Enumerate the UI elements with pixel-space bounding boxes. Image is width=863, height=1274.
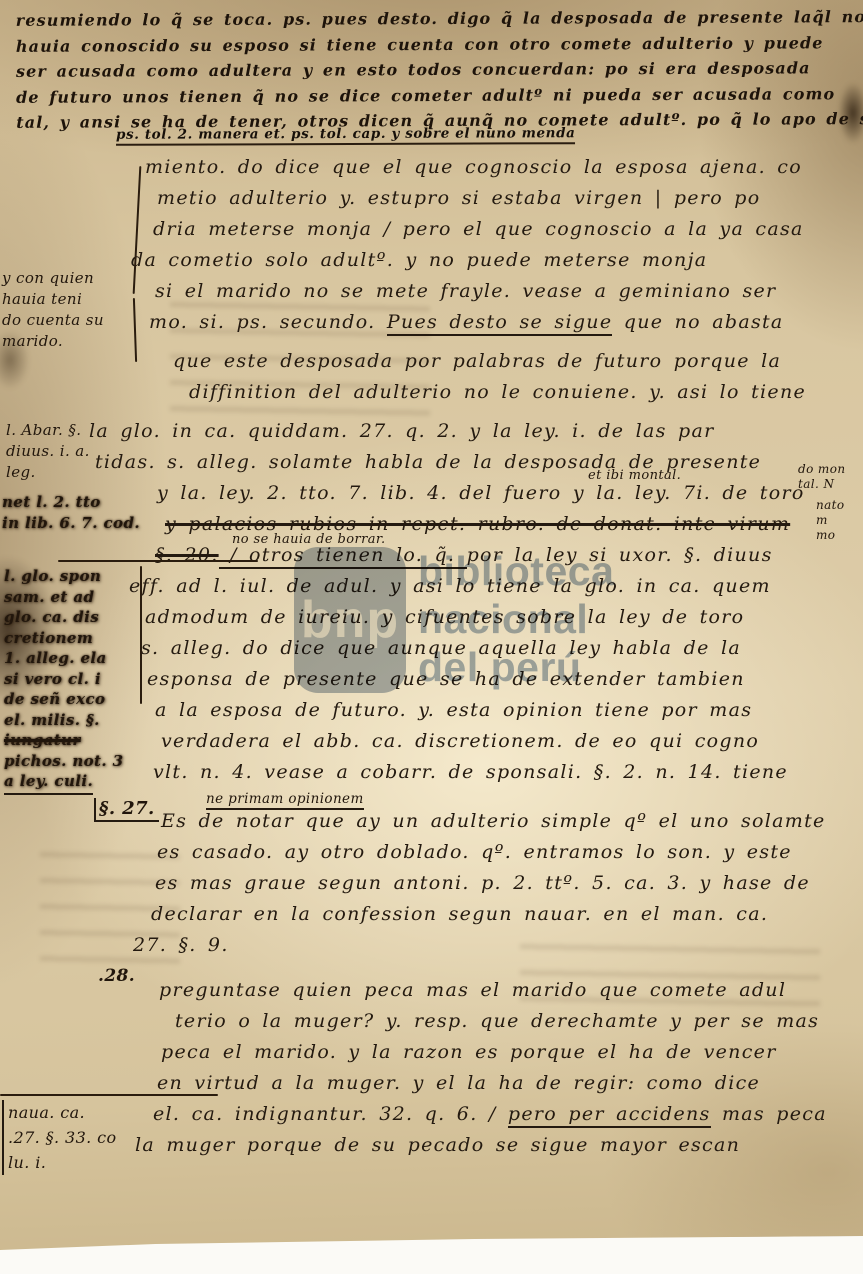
line-text: mo. si. ps. secundo. (149, 311, 387, 333)
margin-line: l. glo. spon (4, 566, 123, 587)
struck-phrase: §. 20. (155, 544, 219, 566)
line-text: admodum de iureiu. y cifuentes sobre la … (145, 606, 744, 628)
section-label-27: §. 27. (94, 798, 159, 822)
manuscript-line: s. alleg. do dice que aunque aquella ley… (141, 633, 850, 664)
manuscript-line: 27. §. 9. (133, 930, 850, 961)
manuscript-line: si el marido no se mete frayle. vease a … (155, 276, 850, 307)
top-paragraph: resumiendo lo q̃ se toca. ps. pues desto… (16, 4, 859, 135)
manuscript-line: preguntase quien peca mas el marido que … (159, 975, 850, 1006)
margin-line: de señ exco (4, 689, 123, 710)
margin-line: a ley. culi. (4, 771, 93, 795)
line-text: preguntase quien peca mas el marido que … (159, 979, 786, 1001)
line-text: el. ca. indignantur. 32. q. 6. / (153, 1103, 508, 1125)
margin-line: do cuenta su (2, 310, 104, 331)
margin-line: iungatur (4, 730, 123, 751)
manuscript-line: mo. si. ps. secundo. Pues desto se sigue… (149, 307, 850, 338)
manuscript-line: resumiendo lo q̃ se toca. ps. pues desto… (16, 4, 858, 33)
line-text: hauia conoscido su esposo si tiene cuent… (16, 33, 824, 56)
margin-note-who: y con quien hauia teni do cuenta su mari… (2, 268, 104, 352)
margin-line: 1. alleg. ela (4, 648, 123, 669)
rule-line (0, 1094, 218, 1096)
margin-line: leg. (6, 462, 90, 483)
line-text: que no abasta (612, 311, 783, 333)
line-text: diffinition del adulterio no le conuiene… (189, 381, 806, 403)
underlined-phrase: Pues desto se sigue (387, 311, 613, 336)
line-text: metio adulterio y. estupro si estaba vir… (157, 187, 761, 209)
line-text: verdadera el abb. ca. discretionem. de e… (161, 730, 759, 752)
line-text: que este desposada por palabras de futur… (173, 350, 781, 372)
line-text: la glo. in ca. quiddam. 27. q. 2. y la l… (89, 420, 714, 442)
rule-line (58, 560, 258, 562)
line-text: por la ley si uxor. §. diuus (467, 544, 773, 566)
line-text: 27. §. 9. (133, 934, 229, 956)
manuscript-line: tidas. s. alleg. solamte habla de la des… (95, 447, 850, 478)
margin-line: y con quien (2, 268, 104, 289)
line-text: la muger porque de su pecado se sigue ma… (135, 1134, 740, 1156)
manuscript-line: hauia conoscido su esposo si tiene cuent… (16, 30, 858, 59)
margin-note-nato: nato m mo (816, 498, 845, 543)
manuscript-line: es mas graue segun antoni. p. 2. ttº. 5.… (155, 868, 850, 899)
manuscript-line: admodum de iureiu. y cifuentes sobre la … (145, 602, 850, 633)
line-text: vlt. n. 4. vease a cobarr. de sponsali. … (153, 761, 788, 783)
margin-line: lu. i. (8, 1150, 117, 1175)
main-text-block: miento. do dice que el que cognoscio la … (145, 152, 850, 1161)
margin-line: marido. (2, 331, 104, 352)
margin-line: mo (816, 528, 845, 543)
underlined-phrase: pero per accidens (508, 1103, 711, 1128)
line-text: da cometio solo adultº. y no puede meter… (131, 249, 707, 271)
manuscript-line: el. ca. indignantur. 32. q. 6. / pero pe… (153, 1099, 850, 1130)
line-text: resumiendo lo q̃ se toca. ps. pues desto… (16, 7, 863, 30)
line-text: esponsa de presente que se ha de extende… (147, 668, 745, 690)
line-text: de futuro unos tienen q̃ no se dice come… (16, 84, 835, 107)
line-text: y la. ley. 2. tto. 7. lib. 4. del fuero … (157, 482, 805, 504)
manuscript-line: ser acusada como adultera y en esto todo… (16, 55, 858, 84)
margin-line: nato (816, 498, 845, 513)
margin-divider-stroke (140, 566, 142, 704)
interlinear-note-etibi: et ibi montal. (588, 468, 681, 483)
margin-line: net l. 2. tto (2, 492, 140, 513)
section-label-28: .28. (98, 966, 135, 987)
manuscript-line: es casado. ay otro doblado. qº. entramos… (157, 837, 850, 868)
line-text: mas peca (711, 1103, 827, 1125)
manuscript-line: miento. do dice que el que cognoscio la … (145, 152, 850, 183)
brace-stroke (133, 298, 137, 362)
margin-line: l. Abar. §. (6, 420, 90, 441)
interlinear-note-noborrar: no se hauia de borrar. (232, 532, 386, 547)
margin-line: hauia teni (2, 289, 104, 310)
underlined-phrase: / otros tienen lo. q̃. (219, 544, 467, 569)
manuscript-line: Es de notar que ay un adulterio simple q… (161, 806, 850, 837)
manuscript-line: en virtud a la muger. y el la ha de regi… (157, 1068, 850, 1099)
inserted-line: ps. tol. 2. manera et. ps. tol. cap. y s… (116, 125, 576, 146)
manuscript-line: terio o la muger? y. resp. que derechamt… (175, 1006, 850, 1037)
margin-line: si vero cl. i (4, 669, 123, 690)
line-text: es mas graue segun antoni. p. 2. ttº. 5.… (155, 872, 810, 894)
line-text: declarar en la confession segun nauar. e… (151, 903, 768, 925)
margin-line: sam. et ad (4, 587, 123, 608)
margin-line: el. milis. §. (4, 710, 123, 731)
line-text: miento. do dice que el que cognoscio la … (145, 156, 802, 178)
margin-line: tal. N (798, 477, 845, 492)
margin-line: .27. §. 33. co (8, 1125, 117, 1150)
line-text: en virtud a la muger. y el la ha de regi… (157, 1072, 760, 1094)
manuscript-line: vlt. n. 4. vease a cobarr. de sponsali. … (153, 757, 850, 788)
line-text: ser acusada como adultera y en esto todo… (16, 58, 811, 80)
manuscript-line: metio adulterio y. estupro si estaba vir… (157, 183, 850, 214)
margin-line: do mon (798, 462, 845, 477)
interlinear-note-neprimam: ne primam opinionem (206, 792, 364, 810)
manuscript-line: la glo. in ca. quiddam. 27. q. 2. y la l… (89, 416, 850, 447)
margin-note-abar: l. Abar. §. diuus. i. a. leg. (6, 420, 90, 483)
line-text: es casado. ay otro doblado. qº. entramos… (157, 841, 792, 863)
manuscript-line: declarar en la confession segun nauar. e… (151, 899, 850, 930)
manuscript-line: da cometio solo adultº. y no puede meter… (131, 245, 850, 276)
line-text: ps. tol. 2. manera et. ps. tol. cap. y s… (116, 125, 576, 143)
line-text: Es de notar que ay un adulterio simple q… (161, 810, 826, 832)
margin-line: cretionem (4, 628, 123, 649)
manuscript-line: que este desposada por palabras de futur… (173, 346, 850, 377)
line-text: peca el marido. y la razon es porque el … (161, 1041, 777, 1063)
margin-note-glo: l. glo. spon sam. et ad glo. ca. dis cre… (4, 566, 123, 795)
margin-line: m (816, 513, 845, 528)
line-text: si el marido no se mete frayle. vease a … (155, 280, 776, 302)
margin-line: in lib. 6. 7. cod. (2, 513, 140, 534)
manuscript-line: de futuro unos tienen q̃ no se dice come… (16, 81, 858, 110)
line-text: eff. ad l. iul. de adul. y asi lo tiene … (129, 575, 771, 597)
manuscript-line: eff. ad l. iul. de adul. y asi lo tiene … (129, 571, 850, 602)
margin-note-net: net l. 2. tto in lib. 6. 7. cod. (2, 492, 140, 534)
margin-note-domon: do mon tal. N (798, 462, 845, 492)
margin-line: pichos. not. 3 (4, 751, 123, 772)
manuscript-line: la muger porque de su pecado se sigue ma… (135, 1130, 850, 1161)
manuscript-line: verdadera el abb. ca. discretionem. de e… (161, 726, 850, 757)
manuscript-page: resumiendo lo q̃ se toca. ps. pues desto… (0, 0, 863, 1274)
manuscript-line: a la esposa de futuro. y. esta opinion t… (155, 695, 850, 726)
scan-background-strip (0, 1236, 863, 1274)
manuscript-line: dria meterse monja / pero el que cognosc… (153, 214, 850, 245)
manuscript-line: y la. ley. 2. tto. 7. lib. 4. del fuero … (157, 478, 850, 509)
manuscript-line: diffinition del adulterio no le conuiene… (189, 377, 850, 408)
line-text: s. alleg. do dice que aunque aquella ley… (141, 637, 741, 659)
margin-note-naua: naua. ca. .27. §. 33. co lu. i. (2, 1100, 117, 1175)
line-text: terio o la muger? y. resp. que derechamt… (175, 1010, 819, 1032)
line-text: dria meterse monja / pero el que cognosc… (153, 218, 804, 240)
margin-line: naua. ca. (8, 1100, 117, 1125)
manuscript-line: peca el marido. y la razon es porque el … (161, 1037, 850, 1068)
margin-line: glo. ca. dis (4, 607, 123, 628)
margin-line: diuus. i. a. (6, 441, 90, 462)
line-text: a la esposa de futuro. y. esta opinion t… (155, 699, 752, 721)
manuscript-line: esponsa de presente que se ha de extende… (147, 664, 850, 695)
